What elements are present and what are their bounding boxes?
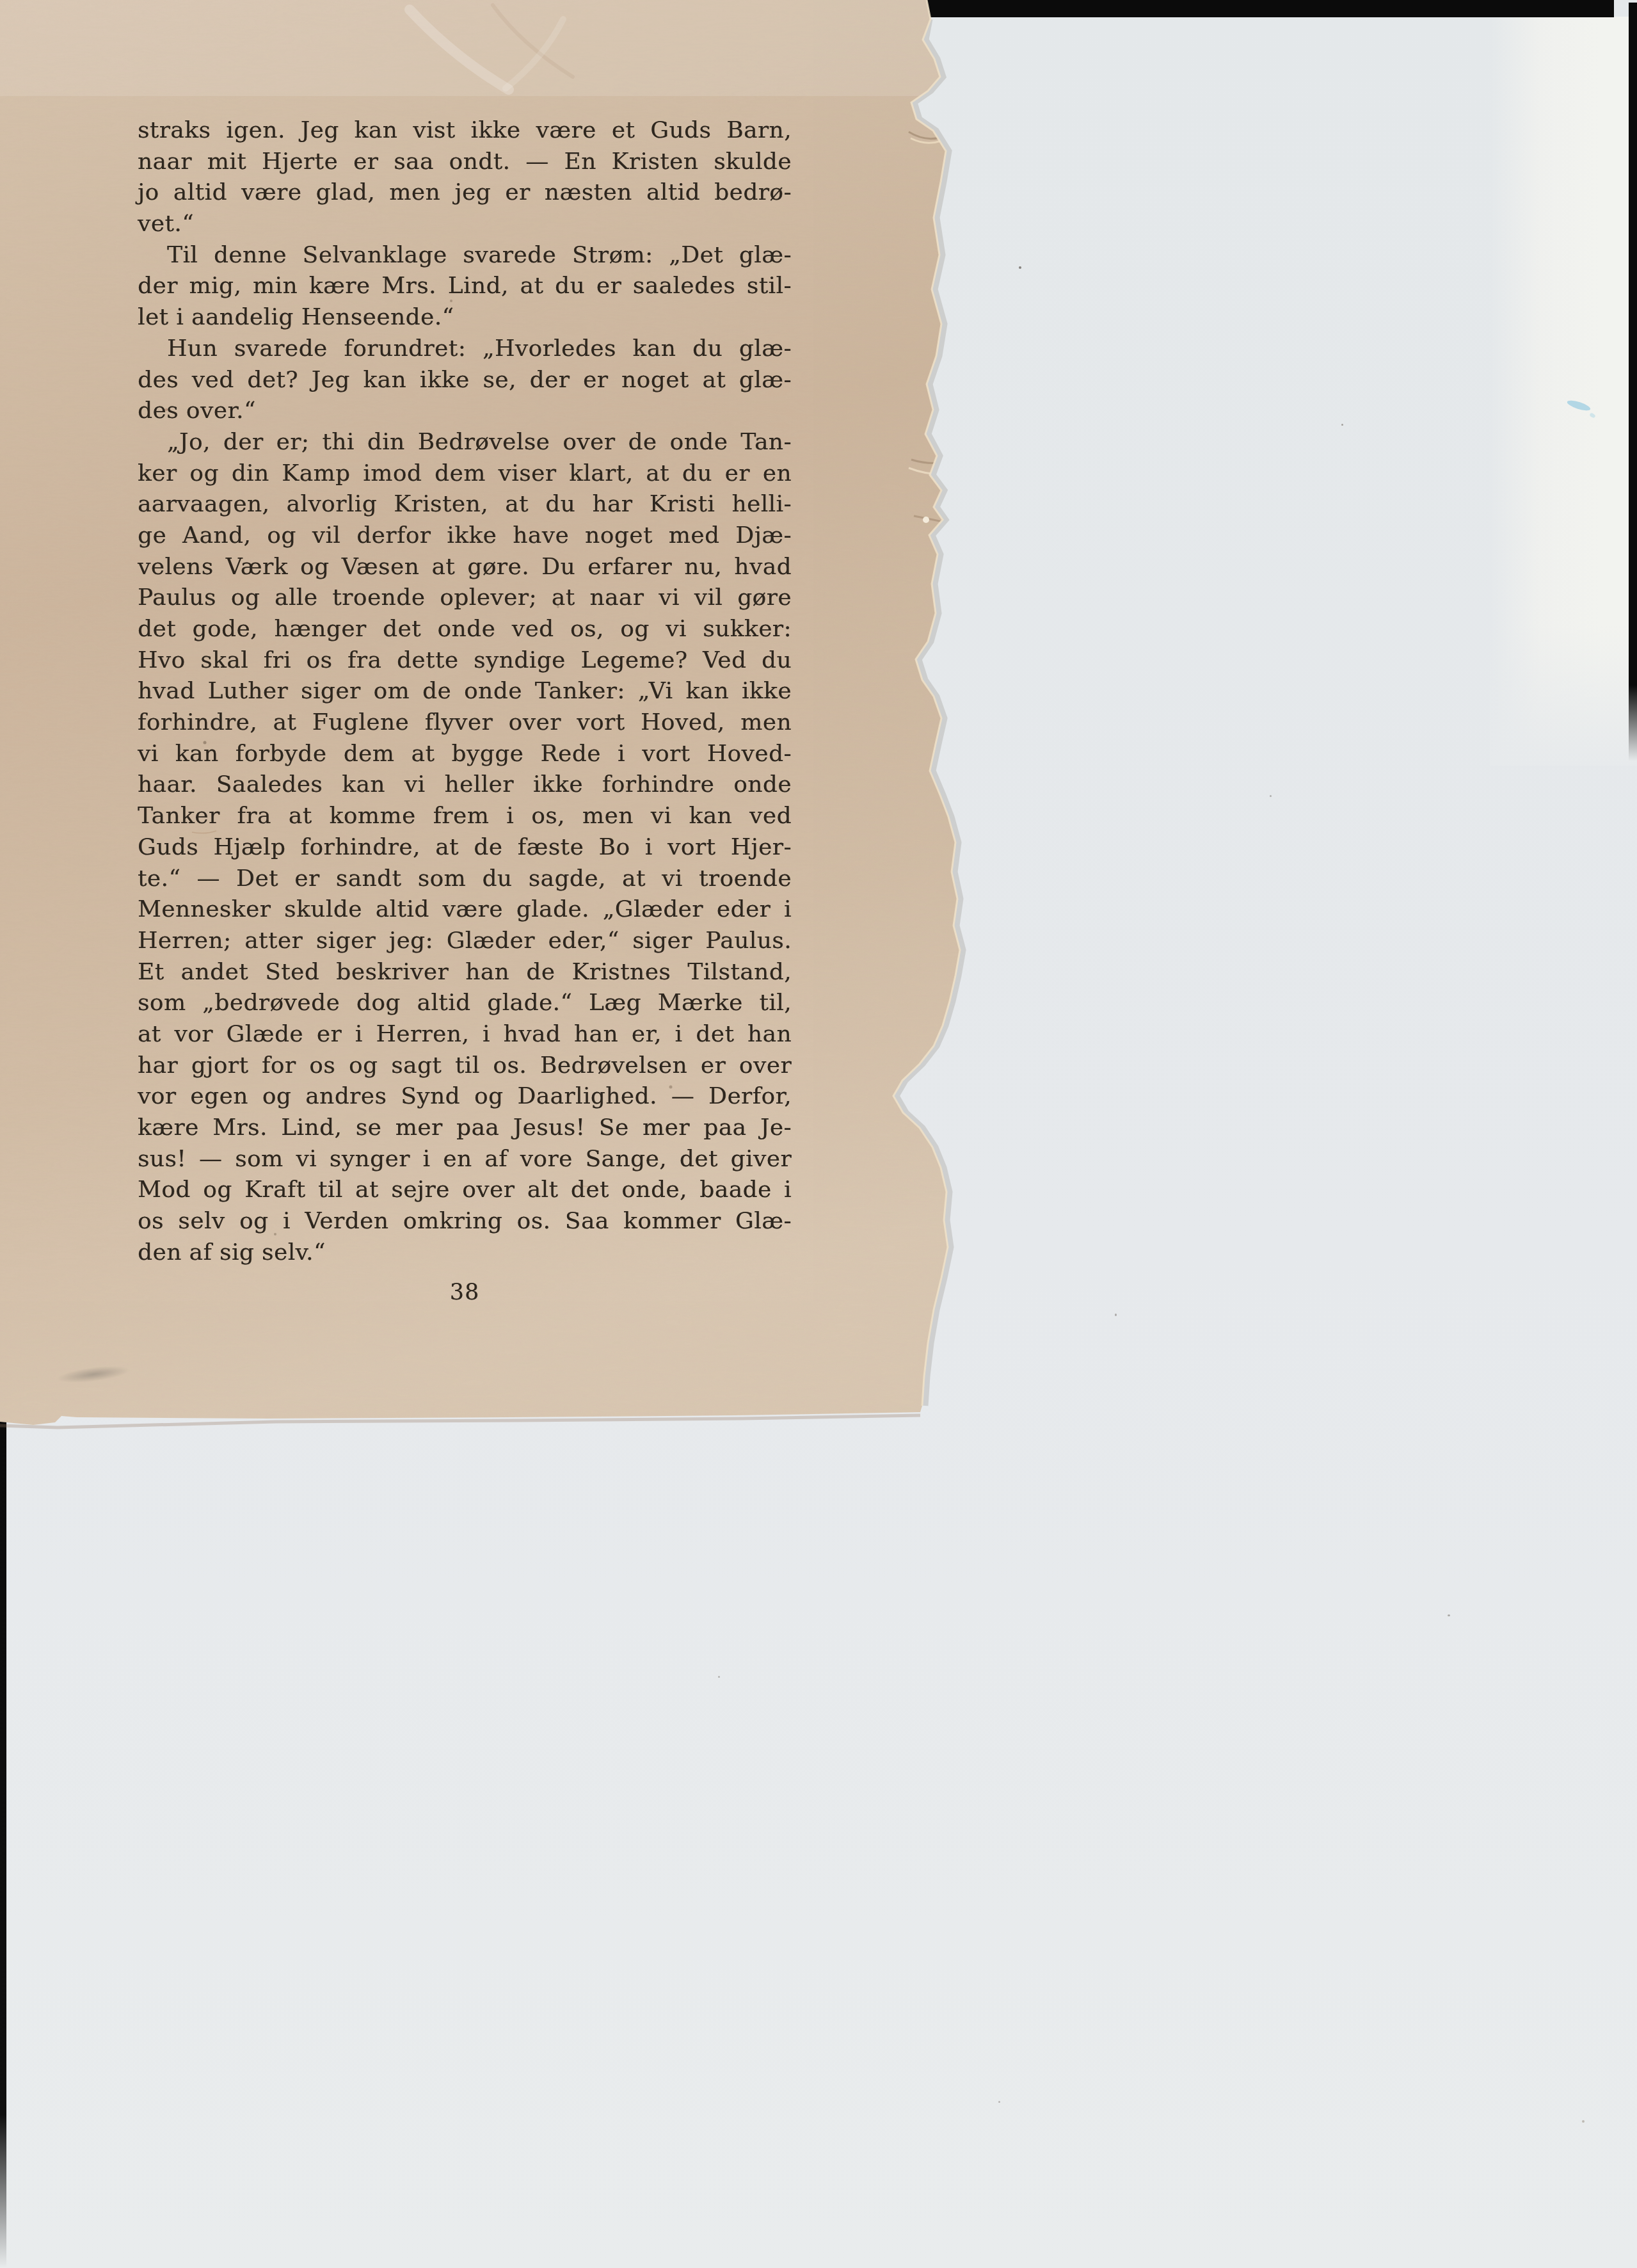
text-line: let i aandelig Henseende.“: [138, 302, 792, 334]
text-line: forhindre, at Fuglene flyver over vort H…: [138, 707, 792, 739]
text-line: des ved det? Jeg kan ikke se, der er nog…: [138, 365, 792, 396]
text-line: ge Aand, og vil derfor ikke have noget m…: [138, 520, 792, 552]
text-line: naar mit Hjerte er saa ondt. — En Kriste…: [138, 147, 792, 178]
text-line: Paulus og alle troende oplever; at naar …: [138, 583, 792, 614]
scan-speck: [1115, 1314, 1117, 1316]
scanner-edge-bar-left: [0, 1416, 6, 2268]
text-line: jo altid være glad, men jeg er næsten al…: [138, 177, 792, 209]
text-line: haar. Saaledes kan vi heller ikke forhin…: [138, 769, 792, 801]
text-line: Herren; atter siger jeg: Glæder eder,“ s…: [138, 926, 792, 957]
text-line: kære Mrs. Lind, se mer paa Jesus! Se mer…: [138, 1113, 792, 1144]
scan-speck: [1019, 266, 1021, 269]
paragraph: straks igen. Jeg kan vist ikke være et G…: [138, 115, 792, 240]
text-line: som „bedrøvede dog altid glade.“ Læg Mær…: [138, 988, 792, 1019]
text-line: Hun svarede forundret: „Hvorledes kan du…: [138, 334, 792, 365]
scanner-edge-bar-top: [925, 0, 1614, 17]
scan-speck: [1341, 424, 1343, 426]
scan-speck: [1270, 795, 1272, 797]
text-line: Mod og Kraft til at sejre over alt det o…: [138, 1175, 792, 1206]
text-line: Mennesker skulde altid være glade. „Glæd…: [138, 894, 792, 926]
text-line: har gjort for os og sagt til os. Bedrøve…: [138, 1050, 792, 1082]
text-line: des over.“: [138, 396, 792, 427]
text-line: at vor Glæde er i Herren, i hvad han er,…: [138, 1019, 792, 1050]
text-line: os selv og i Verden omkring os. Saa komm…: [138, 1206, 792, 1237]
text-line: velens Værk og Væsen at gøre. Du erfarer…: [138, 552, 792, 583]
text-line: vi kan forbyde dem at bygge Rede i vort …: [138, 739, 792, 770]
text-line: Tanker fra at komme frem i os, men vi ka…: [138, 801, 792, 832]
scan-speck: [1582, 2120, 1585, 2123]
paragraph: Til denne Selvanklage svarede Strøm: „De…: [138, 240, 792, 334]
text-line: den af sig selv.“: [138, 1237, 792, 1269]
scanner-backing-sheet: [1490, 17, 1637, 766]
text-line: straks igen. Jeg kan vist ikke være et G…: [138, 115, 792, 147]
scan-speck: [718, 1676, 720, 1678]
scan-speck: [998, 2101, 1000, 2103]
text-line: Et andet Sted beskriver han de Kristnes …: [138, 957, 792, 988]
text-line: det gode, hænger det onde ved os, og vi …: [138, 614, 792, 645]
scanned-book-page-view: straks igen. Jeg kan vist ikke være et G…: [0, 0, 1637, 2268]
text-line: Hvo skal fri os fra dette syndige Legeme…: [138, 645, 792, 677]
text-line: Guds Hjælp forhindre, at de fæste Bo i v…: [138, 832, 792, 864]
text-line: der mig, min kære Mrs. Lind, at du er sa…: [138, 271, 792, 302]
paragraph: „Jo, der er; thi din Bedrøvelse over de …: [138, 427, 792, 1269]
scan-speck: [1448, 1614, 1450, 1616]
page-text-block: straks igen. Jeg kan vist ikke være et G…: [138, 115, 792, 1268]
text-line: ker og din Kamp imod dem viser klart, at…: [138, 458, 792, 490]
text-line: vor egen og andres Synd og Daarlighed. —…: [138, 1081, 792, 1113]
scanner-edge-bar-right: [1629, 3, 1637, 761]
text-line: te.“ — Det er sandt som du sagde, at vi …: [138, 864, 792, 895]
text-line: Til denne Selvanklage svarede Strøm: „De…: [138, 240, 792, 271]
paragraph: Hun svarede forundret: „Hvorledes kan du…: [138, 334, 792, 427]
text-line: aarvaagen, alvorlig Kristen, at du har K…: [138, 489, 792, 520]
text-line: sus! — som vi synger i en af vore Sange,…: [138, 1144, 792, 1175]
page-number: 38: [138, 1280, 792, 1305]
text-line: „Jo, der er; thi din Bedrøvelse over de …: [138, 427, 792, 458]
text-line: vet.“: [138, 209, 792, 240]
text-line: hvad Luther siger om de onde Tanker: „Vi…: [138, 676, 792, 707]
